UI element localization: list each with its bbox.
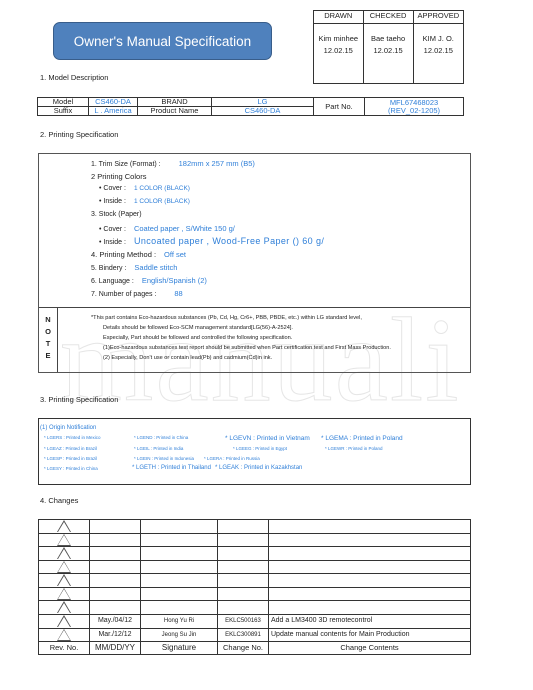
change-row: May./04/12Hong Yu RiEKLC500163Add a LM34… <box>39 615 471 629</box>
revision-triangle-icon <box>57 520 71 532</box>
approval-header-approved: APPROVED <box>413 11 463 24</box>
change-date <box>90 574 141 588</box>
spec-stock-inside: • Inside :Uncoated paper , Wood-Free Pap… <box>99 236 324 246</box>
rev-cell <box>39 615 90 629</box>
change-date <box>90 587 141 601</box>
spec-colors: 2 Printing Colors <box>91 172 146 181</box>
spec-label: 7. Number of pages : <box>91 291 156 298</box>
origin-item: * LGEVN : Printed in Vietnam <box>225 435 310 442</box>
change-date: Mar./12/12 <box>90 628 141 642</box>
note-label: N O T E <box>39 314 57 362</box>
approval-date: 12.02.15 <box>324 46 353 55</box>
change-content: Add a LM3400 3D remotecontrol <box>269 615 471 629</box>
change-number <box>218 533 269 547</box>
spec-pages: 7. Number of pages :88 <box>91 289 183 298</box>
change-content <box>269 533 471 547</box>
spec-stock-cover: • Cover :Coated paper , S/White 150 g/ <box>99 224 235 233</box>
part-revision: (REV_02-1205) <box>388 106 440 115</box>
note-divider <box>39 307 470 308</box>
origin-item: * LGEAK : Printed in Kazakhstan <box>215 465 302 471</box>
revision-triangle-icon <box>57 588 71 600</box>
spec-bindery: 5. Bindery :Saddle stitch <box>91 263 177 272</box>
revision-triangle-icon <box>57 561 71 573</box>
change-number <box>218 601 269 615</box>
rev-cell <box>39 560 90 574</box>
spec-label: • Cover : <box>99 226 126 233</box>
origin-item: * LGEIL : Printed in India <box>134 446 183 451</box>
change-signature: Hong Yu Ri <box>141 615 218 629</box>
revision-triangle-icon <box>57 601 71 613</box>
change-signature: Jeong Su Jin <box>141 628 218 642</box>
rev-cell <box>39 601 90 615</box>
change-content <box>269 601 471 615</box>
change-signature <box>141 601 218 615</box>
origin-item: * LGEMA : Printed in Poland <box>321 435 403 442</box>
change-number <box>218 547 269 561</box>
origin-item: * LGERS : Printed in Mexico <box>44 435 101 440</box>
origin-notification-box: (1) Origin Notification * LGERS : Printe… <box>38 418 471 485</box>
spec-stock: 3. Stock (Paper) <box>91 211 142 218</box>
spec-language: 6. Language :English/Spanish (2) <box>91 276 207 285</box>
origin-title: (1) Origin Notification <box>40 425 96 431</box>
change-content <box>269 547 471 561</box>
change-row <box>39 587 471 601</box>
section-model-description: 1. Model Description <box>40 73 108 82</box>
change-row <box>39 533 471 547</box>
note-column-divider <box>57 307 58 372</box>
change-row <box>39 601 471 615</box>
note-line: Details should be followed Eco-SCM manag… <box>91 323 391 333</box>
approval-date: 12.02.15 <box>373 46 402 55</box>
spec-value: 88 <box>174 289 182 298</box>
note-letter: O <box>39 326 57 338</box>
col-change-no: Change No. <box>218 642 269 655</box>
part-label: Part No. <box>314 98 365 116</box>
spec-value: English/Spanish (2) <box>142 276 207 285</box>
change-number: EKLC500163 <box>218 615 269 629</box>
note-line: (1)Eco-hazardous substances test report … <box>91 343 391 353</box>
rev-cell <box>39 587 90 601</box>
change-signature <box>141 520 218 534</box>
spec-trim: 1. Trim Size (Format) :182mm x 257 mm (B… <box>91 159 255 168</box>
origin-item: * LGEIN : Printed in Indonesia <box>134 456 194 461</box>
change-date <box>90 547 141 561</box>
spec-value: 1 COLOR (BLACK) <box>134 198 190 205</box>
change-number <box>218 587 269 601</box>
change-content <box>269 560 471 574</box>
change-number <box>218 560 269 574</box>
rev-cell <box>39 628 90 642</box>
approval-header-checked: CHECKED <box>363 11 413 24</box>
rev-cell <box>39 520 90 534</box>
approval-header-drawn: DRAWN <box>314 11 364 24</box>
spec-method: 4. Printing Method :Off set <box>91 250 186 259</box>
revision-triangle-icon <box>57 615 71 627</box>
origin-item: * LGETH : Printed in Thailand <box>132 465 211 471</box>
approval-name: Bae taeho <box>371 34 405 43</box>
section-printing-spec-3: 3. Printing Specification <box>40 395 118 404</box>
change-row <box>39 574 471 588</box>
rev-cell <box>39 574 90 588</box>
change-content: Update manual contents for Main Producti… <box>269 628 471 642</box>
product-label: Product Name <box>138 107 212 116</box>
suffix-label: Suffix <box>38 107 89 116</box>
spec-value: Off set <box>164 250 186 259</box>
change-signature <box>141 560 218 574</box>
origin-item: * LGEWR : Printed in Poland <box>325 446 383 451</box>
change-content <box>269 587 471 601</box>
note-line: Especially, Part should be followed and … <box>91 333 391 343</box>
approval-date: 12.02.15 <box>424 46 453 55</box>
origin-item: * LGEEG : Printed in Egypt <box>233 446 287 451</box>
rev-cell <box>39 533 90 547</box>
revision-triangle-icon <box>57 534 71 546</box>
approval-drawn: Kim minhee12.02.15 <box>314 24 364 84</box>
spec-colors-cover: • Cover :1 COLOR (BLACK) <box>99 185 190 192</box>
note-text: *This part contains Eco-hazardous substa… <box>91 313 391 363</box>
origin-item: * LGESY : Printed in China <box>44 466 98 471</box>
rev-cell <box>39 547 90 561</box>
printing-spec-box: 1. Trim Size (Format) :182mm x 257 mm (B… <box>38 153 471 373</box>
spec-value: 1 COLOR (BLACK) <box>134 185 190 192</box>
origin-item: * LGEAZ : Printed in Brazil <box>44 446 97 451</box>
origin-item: * LGESP : Printed in Brazil <box>44 456 97 461</box>
change-row <box>39 520 471 534</box>
spec-colors-inside: • Inside :1 COLOR (BLACK) <box>99 198 190 205</box>
change-content <box>269 574 471 588</box>
change-signature <box>141 587 218 601</box>
page-title: Owner's Manual Specification <box>53 22 272 60</box>
approval-checked: Bae taeho12.02.15 <box>363 24 413 84</box>
col-change-contents: Change Contents <box>269 642 471 655</box>
approval-table: DRAWN CHECKED APPROVED Kim minhee12.02.1… <box>313 10 464 84</box>
spec-value: Saddle stitch <box>134 263 177 272</box>
spec-label: • Inside : <box>99 239 126 246</box>
model-table: Model CS460-DA BRAND LG Part No. MFL6746… <box>37 97 464 116</box>
changes-table: May./04/12Hong Yu RiEKLC500163Add a LM34… <box>38 519 471 655</box>
revision-triangle-icon <box>57 629 71 641</box>
spec-value: Uncoated paper , Wood-Free Paper () 60 g… <box>134 236 324 246</box>
change-date: May./04/12 <box>90 615 141 629</box>
spec-label: • Inside : <box>99 198 126 205</box>
note-line: (2) Especially, Don't use or contain lea… <box>91 353 391 363</box>
section-changes: 4. Changes <box>40 496 78 505</box>
note-letter: E <box>39 350 57 362</box>
product-value: CS460-DA <box>212 107 314 116</box>
change-row: Mar./12/12Jeong Su JinEKLC300891Update m… <box>39 628 471 642</box>
origin-item: * LGERA : Printed in Russia <box>204 456 260 461</box>
spec-trim-value: 182mm x 257 mm (B5) <box>179 159 255 168</box>
change-row <box>39 547 471 561</box>
col-date: MM/DD/YY <box>90 642 141 655</box>
change-number <box>218 520 269 534</box>
note-line: *This part contains Eco-hazardous substa… <box>91 313 391 323</box>
change-date <box>90 601 141 615</box>
change-date <box>90 560 141 574</box>
approval-approved: KIM J. O.12.02.15 <box>413 24 463 84</box>
change-number <box>218 574 269 588</box>
part-value: MFL67468023(REV_02-1205) <box>365 98 464 116</box>
section-printing-spec: 2. Printing Specification <box>40 130 118 139</box>
origin-item: * LGEND : Printed in China <box>134 435 188 440</box>
note-letter: T <box>39 338 57 350</box>
col-rev-no: Rev. No. <box>39 642 90 655</box>
change-number: EKLC300891 <box>218 628 269 642</box>
changes-header-row: Rev. No. MM/DD/YY Signature Change No. C… <box>39 642 471 655</box>
spec-value: Coated paper , S/White 150 g/ <box>134 224 235 233</box>
col-signature: Signature <box>141 642 218 655</box>
spec-label: 5. Bindery : <box>91 265 126 272</box>
spec-trim-label: 1. Trim Size (Format) : <box>91 161 161 168</box>
change-date <box>90 533 141 547</box>
revision-triangle-icon <box>57 547 71 559</box>
note-letter: N <box>39 314 57 326</box>
spec-label: • Cover : <box>99 185 126 192</box>
spec-label: 6. Language : <box>91 278 134 285</box>
change-signature <box>141 533 218 547</box>
approval-name: KIM J. O. <box>423 34 454 43</box>
spec-label: 4. Printing Method : <box>91 250 156 259</box>
revision-triangle-icon <box>57 574 71 586</box>
change-signature <box>141 574 218 588</box>
suffix-value: L . America <box>89 107 138 116</box>
approval-name: Kim minhee <box>318 34 358 43</box>
change-signature <box>141 547 218 561</box>
change-date <box>90 520 141 534</box>
change-row <box>39 560 471 574</box>
change-content <box>269 520 471 534</box>
